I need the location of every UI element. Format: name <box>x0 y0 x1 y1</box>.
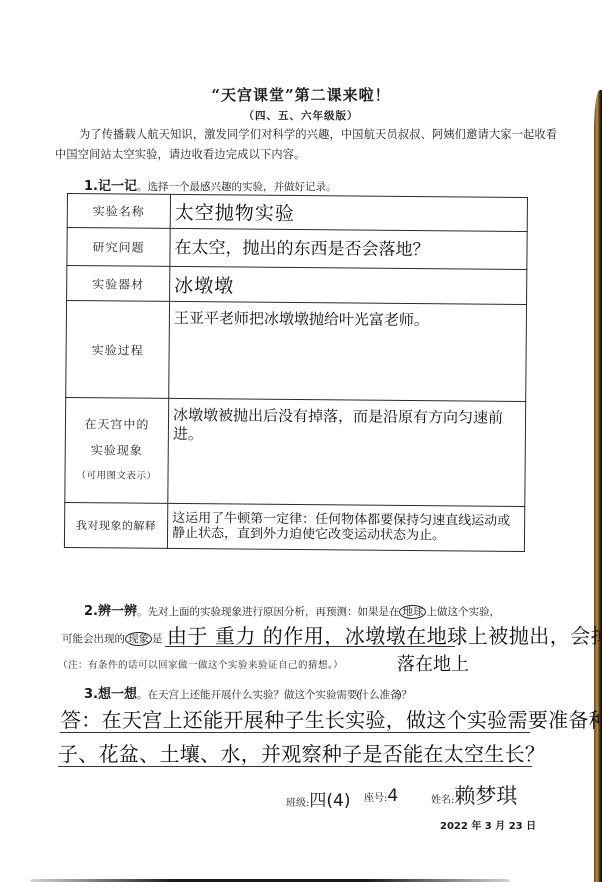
circled-word-earth: 地球 <box>399 605 426 619</box>
equipment-field[interactable]: 冰墩墩 <box>170 266 527 304</box>
page-subtitle: （四、五、六年级版） <box>0 108 602 123</box>
seat-value[interactable]: 4 <box>387 786 398 806</box>
section-2-prompt: 可能会出现的现象是 <box>62 631 163 646</box>
phenomenon-field[interactable]: 冰墩墩被抛出后没有掉落，而是沿原有方向匀速前进。 <box>168 398 526 506</box>
section-1-heading: 1.记一记。选择一个最感兴趣的实验，并做好记录。 <box>84 175 336 194</box>
circled-word-phenomenon: 现象 <box>125 632 152 646</box>
date-stamp: 2022 年 3 月 23 日 <box>440 817 536 832</box>
row-label: 我对现象的解释 <box>64 502 167 548</box>
row-label: 实验器材 <box>67 266 170 302</box>
experiment-record-table: 实验名称 太空抛物实验 研究问题 在太空，抛出的东西是否会落地？ 实验器材 冰墩… <box>64 193 528 552</box>
row-label: 在天宫中的 实验现象 （可用图文表示） <box>65 397 169 503</box>
row-label: 实验过程 <box>66 301 170 399</box>
table-row: 在天宫中的 实验现象 （可用图文表示） 冰墩墩被抛出后没有掉落，而是沿原有方向匀… <box>65 397 526 506</box>
section-2-answer-line-1[interactable]: 由于 重力 的作用，冰墩墩在地球上被抛出，会掉 <box>167 620 602 649</box>
section-3-answer-line-2[interactable]: 子、花盆、土壤、水，并观察种子是否能在太空生长？ <box>58 738 545 767</box>
circled-phrase-preparation: 什么准备 <box>357 689 401 701</box>
answer-underline <box>58 766 532 767</box>
row-label: 实验名称 <box>67 194 170 229</box>
procedure-field[interactable]: 王亚平老师把冰墩墩抛给叶光富老师。 <box>169 301 527 401</box>
page-title: “天宫课堂”第二课来啦！ <box>0 84 602 105</box>
table-row: 实验过程 王亚平老师把冰墩墩抛给叶光富老师。 <box>66 301 527 402</box>
name-value[interactable]: 赖梦琪 <box>454 784 517 808</box>
section-3-answer-line-1[interactable]: 答：在天宫上还能开展种子生长实验，做这个实验需要准备种 <box>61 704 602 733</box>
name-field: 姓名:赖梦琪 <box>431 780 517 810</box>
table-row: 实验器材 冰墩墩 <box>67 266 527 305</box>
table-row: 研究问题 在太空，抛出的东西是否会落地？ <box>67 228 527 270</box>
intro-paragraph: 为了传播载人航天知识，激发同学们对科学的兴趣，中国航天员叔叔、阿姨们邀请大家一起… <box>55 125 560 165</box>
research-question-field[interactable]: 在太空，抛出的东西是否会落地？ <box>170 228 527 269</box>
section-2-number: 2.辨一辨 <box>84 604 137 619</box>
explanation-field[interactable]: 这运用了牛顿第一定律：任何物体都要保持匀速直线运动或静止状态，直到外力迫使它改变… <box>167 503 524 551</box>
answer-underline <box>165 646 455 647</box>
table-row: 我对现象的解释 这运用了牛顿第一定律：任何物体都要保持匀速直线运动或静止状态，直… <box>64 502 524 551</box>
section-2-note: （注：有条件的话可以回家做一做这个实验来验证自己的猜想。） <box>58 657 343 671</box>
class-field: 班级:四(4) <box>286 786 350 811</box>
table-row: 实验名称 太空抛物实验 <box>67 194 527 232</box>
section-1-instruction: 。选择一个最感兴趣的实验，并做好记录。 <box>137 181 337 193</box>
seat-field: 座号:4 <box>364 786 398 806</box>
section-2-heading: 2.辨一辨。先对上面的实验现象进行原因分析，再预测：如果是在地球上做这个实验， <box>84 600 500 619</box>
row-label: 研究问题 <box>67 228 170 267</box>
section-3-number: 3.想一想 <box>84 687 137 702</box>
section-1-number: 1.记一记 <box>84 179 137 194</box>
section-3-heading: 3.想一想。在天宫上还能开展什么实验？做这个实验需要什么准备？ <box>84 683 412 702</box>
section-2-answer-line-2[interactable]: 落在地上 <box>397 650 469 676</box>
answer-underline <box>60 732 530 733</box>
desk-edge-right <box>594 90 602 882</box>
class-value[interactable]: 四(4) <box>309 791 350 811</box>
experiment-name-field[interactable]: 太空抛物实验 <box>170 194 527 231</box>
